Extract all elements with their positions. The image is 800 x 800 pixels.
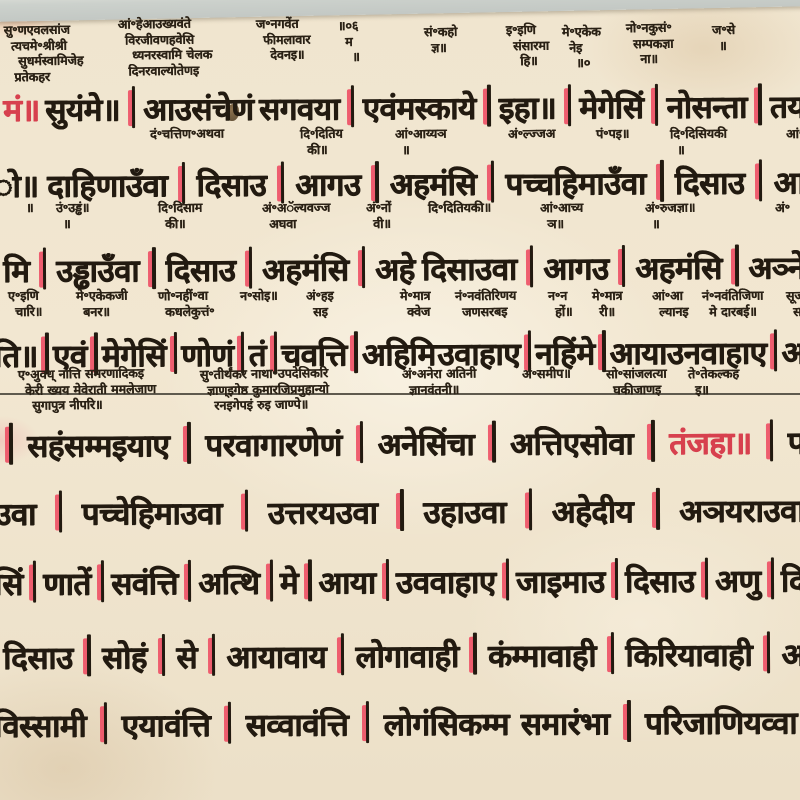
sutra-word: उत्तरयउवा [268,496,378,532]
gloss-text: ॥ [402,141,447,157]
gloss-text: मे॰एकेकजी [76,288,128,304]
gloss-text: सम्पकज्ञा [633,35,674,51]
interlinear-gloss-cluster: अं॰ [775,200,790,216]
red-word-separator [605,629,615,675]
red-word-separator [4,420,14,466]
gloss-text: अं॰ [775,200,790,216]
interlinear-gloss-cluster: ए॰अुवध् नात्ति समरणादिकइकेरी ख्यय मेवेरा… [18,365,157,414]
interlinear-gloss-cluster: अं॰समीप॥ [522,366,571,382]
gloss-text: दि॰दिसाम [158,200,202,216]
sutra-word: अहमंसि [390,168,477,204]
gloss-text: नो॰नकुसं॰ [626,20,674,36]
red-word-separator [183,557,193,603]
sutra-word: आउसंचेणं [143,93,253,129]
gloss-text: इ॰इणि [506,22,549,38]
gloss-text: आं॰हेआउख्यवंते [118,15,212,32]
sutra-word: अत्थि [198,567,259,603]
red-word-separator [182,419,192,465]
red-word-separator [370,158,380,204]
gloss-text: विरजीवणहवेसि [125,31,212,48]
gloss-text: ए॰अुवध् नात्ति समरणादिकइ [18,365,156,383]
red-word-separator [655,157,665,203]
sutra-word: अणु [715,565,761,601]
red-word-separator [336,630,346,676]
top-marginalia-cluster: नो॰नकुसं॰सम्पकज्ञाना॥ [626,20,674,68]
top-marginalia-cluster: ज॰से॥ [712,22,735,54]
gloss-text: ॥०६ [338,18,360,34]
top-marginalia-cluster: सं॰कहोज्ञ॥ [424,24,458,56]
gloss-text: ज्ञ॥ [431,39,457,55]
gloss-text: सइ [793,303,800,319]
gloss-text: मे॰मात्र [400,288,431,304]
sutra-word: मेगेसिं [579,91,643,127]
red-word-separator [355,418,365,464]
sutra-word: लोगंसिकम्म [383,708,508,744]
sutra-word: अत्तिएसोवा [510,427,633,463]
interlinear-gloss-cluster: आं॰आल्यानइ [652,288,689,320]
gloss-text: आं॰आय्यञ [395,126,447,142]
red-word-separator [765,554,775,600]
red-word-separator [156,631,166,677]
sutra-word: दिसाउवा [422,253,517,289]
red-word-separator [349,328,359,374]
gloss-text: हों॥ [555,303,573,319]
sutra-line: सिंणातेंसवंत्तिअत्थिमेआयाउववाहाएजाइमाउदि… [0,554,800,603]
sutra-word: आया [318,566,375,602]
red-word-separator [563,81,573,127]
gloss-text: म [345,33,360,49]
gloss-text: ध्यनरस्वामि चेलक [132,47,212,64]
red-word-separator [126,83,136,129]
sutra-word: दिसाउ [196,169,266,205]
sutra-word: अहमंसि [262,254,349,290]
gloss-text: सो॰सांजलत्या [606,366,667,382]
gloss-text: जणसरबइ [462,303,516,319]
gloss-text: दि॰दिसियकी [670,126,727,142]
sutra-word: सिं [0,568,23,604]
top-marginalia-cluster: ज॰नगवेंतफीमलावारदेवनइ॥ [256,16,311,64]
sutra-word: किरियावाही [625,639,752,675]
gloss-text: चारि॥ [15,303,42,319]
interlinear-gloss-cluster: मे॰एकेकजीबनर॥ [76,288,128,320]
gloss-text: सं॰कहो [424,24,457,40]
red-word-separator [276,158,286,204]
gloss-text: बनर॥ [83,303,128,319]
interlinear-gloss-cluster: अं॰ल्ज्जअ [508,126,555,142]
red-word-separator [223,699,233,745]
interlinear-gloss-cluster: आं॰ [786,126,800,142]
gloss-text: सूजं [786,288,800,304]
red-word-separator [303,556,313,602]
red-word-separator [617,242,627,288]
interlinear-gloss-cluster: सो॰सांजलत्याघकीजाणइ [606,366,667,398]
gloss-text: ज्ञानवंतनी॥ [409,381,476,398]
sutra-word: अहे [375,253,415,289]
interlinear-gloss-cluster: णो॰नहीं॰वाकधलेकुत्तं॰ [158,288,215,320]
interlinear-gloss-cluster: सु॰तीर्थंकर नाथा॰उपदेसिकरिज्ञाण्इगेष्ठ क… [200,365,329,414]
interlinear-gloss-cluster: पं॰पइ॥ [596,126,629,142]
manuscript-page: सु॰णएवलसांजत्यचमे॰श्रीश्रीसुधर्मस्वामिजे… [0,0,800,800]
gloss-text: घकीजाणइ [613,381,667,397]
gloss-text: री॥ [599,303,623,319]
gloss-text: ॥ [63,215,90,231]
gloss-text: कधलेकुत्तं॰ [165,303,215,319]
sutra-word: सुयंमे॥ [45,94,120,130]
gloss-text: अं॰रुजज्ञा॥ [645,200,696,216]
sutra-word: मे [280,567,298,603]
sutra-word: लोगावाही [355,640,458,676]
red-word-separator [177,159,187,205]
gloss-text: ज॰से [712,22,735,38]
interlinear-gloss-cluster: नं॰नवंतिजिणामे दारबई॥ [702,288,764,320]
red-word-separator [762,628,772,674]
sutra-word: मि [3,255,29,291]
gloss-text: की॥ [307,141,343,157]
gloss-text: ॥ [26,200,34,216]
interlinear-gloss-cluster: सूजंसइ [786,288,800,320]
gloss-text: हि॥ [520,53,549,69]
sutra-word: अ [781,337,800,373]
sutra-word: अनेसिंचा [378,428,475,464]
gloss-text: ञ॥ [547,215,583,231]
gloss-text: दिनरवाल्योतेणइ [128,62,212,79]
gloss-text: णो॰नहीं॰वा [158,288,215,304]
sutra-word: पच्चेहिमाउवा [82,497,222,533]
gloss-text: अं॰नों [366,200,391,216]
gloss-text: दि॰दितियकी॥ [428,200,491,217]
gloss-text: की॥ [165,215,202,231]
sutra-word: इहा॥ [499,92,557,128]
sutra-word: नोसन्ता [666,91,746,127]
gloss-text: मे॰एकेक [562,24,601,40]
interlinear-gloss-cluster: दि॰दितियकी॥ [428,200,491,217]
interlinear-gloss-cluster: मे॰मात्रक्वेज [400,288,431,320]
red-word-separator [525,242,535,288]
red-word-separator [381,556,391,602]
interlinear-gloss-cluster: दि॰दिसियकी॥ [670,126,727,158]
gloss-text: पं॰पइ॥ [596,126,629,142]
sutra-word: अहमंसि [635,252,722,288]
top-marginalia-cluster: आं॰हेआउख्यवंतेविरजीवणहवेसिध्यनरस्वामि चे… [118,15,213,79]
sutra-word: एवंमस्काये [362,92,475,128]
red-word-separator [147,244,157,290]
interlinear-gloss-cluster: ॥ [26,200,34,216]
sutra-line: विस्सामीएयावंत्तिसव्वावंत्तिलोगंसिकम्मसम… [0,696,800,745]
interlinear-gloss-cluster: अं॰अॅल्यवज्जअघवा [262,200,331,232]
sutra-word: आ [774,167,800,203]
gloss-text: फीमलावार [263,31,311,47]
gloss-text: सइ [313,303,334,319]
sutra-word: सगवया [259,93,340,129]
sutra-word: उववाहाए [396,566,496,602]
red-word-separator [240,487,250,533]
gloss-text: देवनइ॥ [270,47,311,63]
gloss-text: वी॥ [373,215,391,231]
sutra-word: णातें [43,568,91,604]
sutra-word: आयावाय [226,641,326,677]
gloss-text: दि॰दितिय [300,126,343,142]
red-word-separator [207,631,217,677]
red-word-separator [168,329,178,375]
sutra-word: अ [781,639,800,675]
sutra-word: विस्सामी [0,710,86,746]
interlinear-gloss-cluster: दि॰दितियकी॥ [300,126,343,158]
sutra-word: परवागारणेणं [205,429,342,465]
red-word-separator [769,326,779,372]
sutra-word: दिसाउ [3,642,73,678]
sutra-word: प [788,427,800,463]
gloss-text: केरी ख्यय मेवेराती ममलेजाण [25,381,156,398]
gloss-text: ॥ [677,141,727,157]
sutra-word: तय [770,91,800,127]
red-word-separator [82,631,92,677]
gloss-text: क्वेज [407,303,431,319]
interlinear-gloss-cluster: उं॰उड्ढं॥॥ [56,200,90,232]
red-word-separator [764,416,774,462]
gloss-text: आं॰आ [652,288,688,304]
sutra-line: मिउड्ढाउँवादिसाउअहमंसिअहेदिसाउवाआगउअहमंस… [0,241,800,290]
red-word-separator [754,156,764,202]
sutra-word: आगउ [543,252,608,288]
red-ink-word: मं॥ [3,94,40,130]
interlinear-gloss-cluster: न॰सोइ॥ [240,288,278,304]
gloss-text: ॥० [576,55,601,71]
red-word-separator [651,485,661,531]
sutra-word: दिसाउ [675,167,745,203]
red-word-separator [28,558,38,604]
sutra-word: एयावंत्ति [121,709,210,745]
gloss-text: आं॰आच्य [540,200,583,216]
sutra-word: परिजाणियव्वा [645,707,797,743]
gloss-text: अघवा [269,215,330,231]
gloss-text: ॥ [719,37,735,53]
sutra-line: ो॥दाहिणाउँवादिसाउआगउअहमंसिपच्चहिमाउँवादि… [0,156,800,205]
gloss-text: सुगापुत्र नीपरि॥ [32,396,156,413]
gloss-text: त्यचमे॰श्रीश्री [11,37,84,54]
interlinear-gloss-cluster: अं॰रुजज्ञा॥॥ [645,200,696,232]
gloss-text: ॥ [352,49,360,65]
sutra-word: सोहं [102,641,147,677]
sutra-line: मं॥सुयंमे॥आउसंचेणंसगवयाएवंमस्कायेइहा॥मेग… [0,80,800,129]
gloss-text: अं॰अनेरा अतिनी [402,365,476,382]
red-word-separator [646,417,656,463]
top-marginalia-cluster: ॥०६म॥ [338,18,360,65]
red-word-separator [243,244,253,290]
gloss-text: ज्ञाण्इगेष्ठ कुमारजिप्रमुहान्यो [207,381,329,398]
sutra-word: सव्वावंत्ति [246,709,349,745]
sutra-word: उहाउवा [423,496,506,532]
gloss-text: इ॥ [695,381,739,397]
sutra-word: सहंसम्मइयाए [27,429,169,465]
gloss-text: उं॰उड्ढं॥ [56,200,90,216]
interlinear-gloss-cluster: न॰नहों॥ [548,288,573,320]
red-word-separator [357,243,367,289]
gloss-text: रनइगेपइं रुइ जाण्पे॥ [214,396,329,413]
gloss-text: न॰न [548,288,573,304]
sutra-word: अञ्ने [748,252,800,288]
red-word-separator [395,486,405,532]
interlinear-gloss-cluster: अं॰अनेरा अतिनीज्ञानवंतनी॥ [402,365,477,397]
sutra-word: दिसाउ [625,565,695,601]
red-word-separator [486,158,496,204]
gloss-text: ना॥ [640,51,674,67]
interlinear-gloss-cluster: आं॰आय्यञ॥ [395,126,447,158]
interlinear-gloss-cluster: ए॰इणिचारि॥ [8,288,42,320]
gloss-text: मे॰मात्र [592,288,623,304]
red-word-separator [361,698,371,744]
interlinear-gloss-cluster: अं॰हइसइ [306,288,334,320]
interlinear-gloss-cluster: आं॰आच्यञ॥ [540,200,584,232]
gloss-text: सु॰तीर्थंकर नाथा॰उपदेसिकरि [200,365,329,382]
sutra-word: दिसाउ [166,254,236,290]
gloss-text: अं॰अॅल्यवज्ज [262,200,330,217]
red-word-separator [468,630,478,676]
red-word-separator [524,485,534,531]
red-word-separator [264,557,274,603]
interlinear-gloss-cluster: ते॰तेकल्कहइ॥ [688,366,739,398]
sutra-line: उवापच्चेहिमाउवाउत्तरयउवाउहाउवाअहेदीयअञयर… [0,484,800,533]
sutra-word: पच्चहिमाउँवा [505,167,645,203]
gloss-text: नं॰नवंतिजिणा [702,288,764,304]
sutra-word: समारंभा [521,707,610,743]
sutra-word: दि [781,565,800,601]
red-word-separator [487,418,497,464]
red-word-separator [622,697,632,743]
red-word-separator [346,82,356,128]
sutra-line: दिसाउसोहंसेआयावायलोगावाहीकंम्मावाहीकिरिय… [0,628,800,677]
gloss-text: सुधर्मस्वामिजेह [18,53,84,70]
sutra-word: अञयराउवा [679,495,800,531]
gloss-text: अं॰ल्ज्जअ [508,126,555,142]
sutra-word: उड्ढाउँवा [56,254,139,290]
top-marginalia-cluster: सु॰णएवलसांजत्यचमे॰श्रीश्रीसुधर्मस्वामिजे… [4,21,84,85]
sutra-word: से [176,641,197,677]
red-word-separator [610,555,620,601]
red-word-separator [482,82,492,128]
gloss-text: ते॰तेकल्कह [688,366,739,382]
interlinear-gloss-cluster: दि॰दिसामकी॥ [158,200,203,232]
interlinear-gloss-cluster: दं॰चत्तिण॰अथवा [150,125,224,142]
gloss-text: आं॰ [786,126,800,142]
red-word-separator [54,487,64,533]
gloss-text: सु॰णएवलसांज [4,21,84,38]
gloss-text: संसारमा [513,37,549,53]
gloss-text: दं॰चत्तिण॰अथवा [150,125,224,142]
sutra-word: जाइमाउ [516,565,605,601]
interlinear-gloss-cluster: अं॰नोंवी॥ [366,200,391,232]
red-word-separator [700,555,710,601]
red-word-separator [650,81,660,127]
gloss-text: मे दारबई॥ [709,303,764,319]
sutra-word: उवा [0,498,36,534]
red-word-separator [38,245,48,291]
gloss-text: नेइ [569,39,601,55]
sutra-word: सवंत्ति [111,567,178,603]
sutra-word: अहेदीय [552,495,634,531]
red-word-separator [753,80,763,126]
gloss-text: नं॰नवंतिरिणय [455,288,516,304]
gloss-text: अं॰हइ [306,288,334,304]
gloss-text: ज॰नगवेंत [256,16,311,32]
sutra-line: सहंसम्मइयाएपरवागारणेणंअनेसिंचाअत्तिएसोवा… [0,416,800,465]
interlinear-gloss-cluster: मे॰मात्ररी॥ [592,288,623,320]
red-word-separator [501,556,511,602]
gloss-text: ए॰इणि [8,288,42,304]
red-word-separator [99,699,109,745]
top-marginalia-cluster: मे॰एकेकनेइ॥० [562,24,602,71]
sutra-word: कंम्मावाही [488,640,596,676]
red-word-separator [96,557,106,603]
gloss-text: ल्यानइ [659,303,688,319]
top-marginalia-cluster: इ॰इणिसंसारमाहि॥ [506,22,550,69]
red-word-separator [730,242,740,288]
interlinear-gloss-cluster: नं॰नवंतिरिणयजणसरबइ [455,288,517,320]
gloss-text: न॰सोइ॥ [240,288,278,304]
gloss-text: ॥ [652,215,696,231]
gloss-text: अं॰समीप॥ [522,366,571,382]
red-ink-word: तंजहा॥ [669,427,752,463]
